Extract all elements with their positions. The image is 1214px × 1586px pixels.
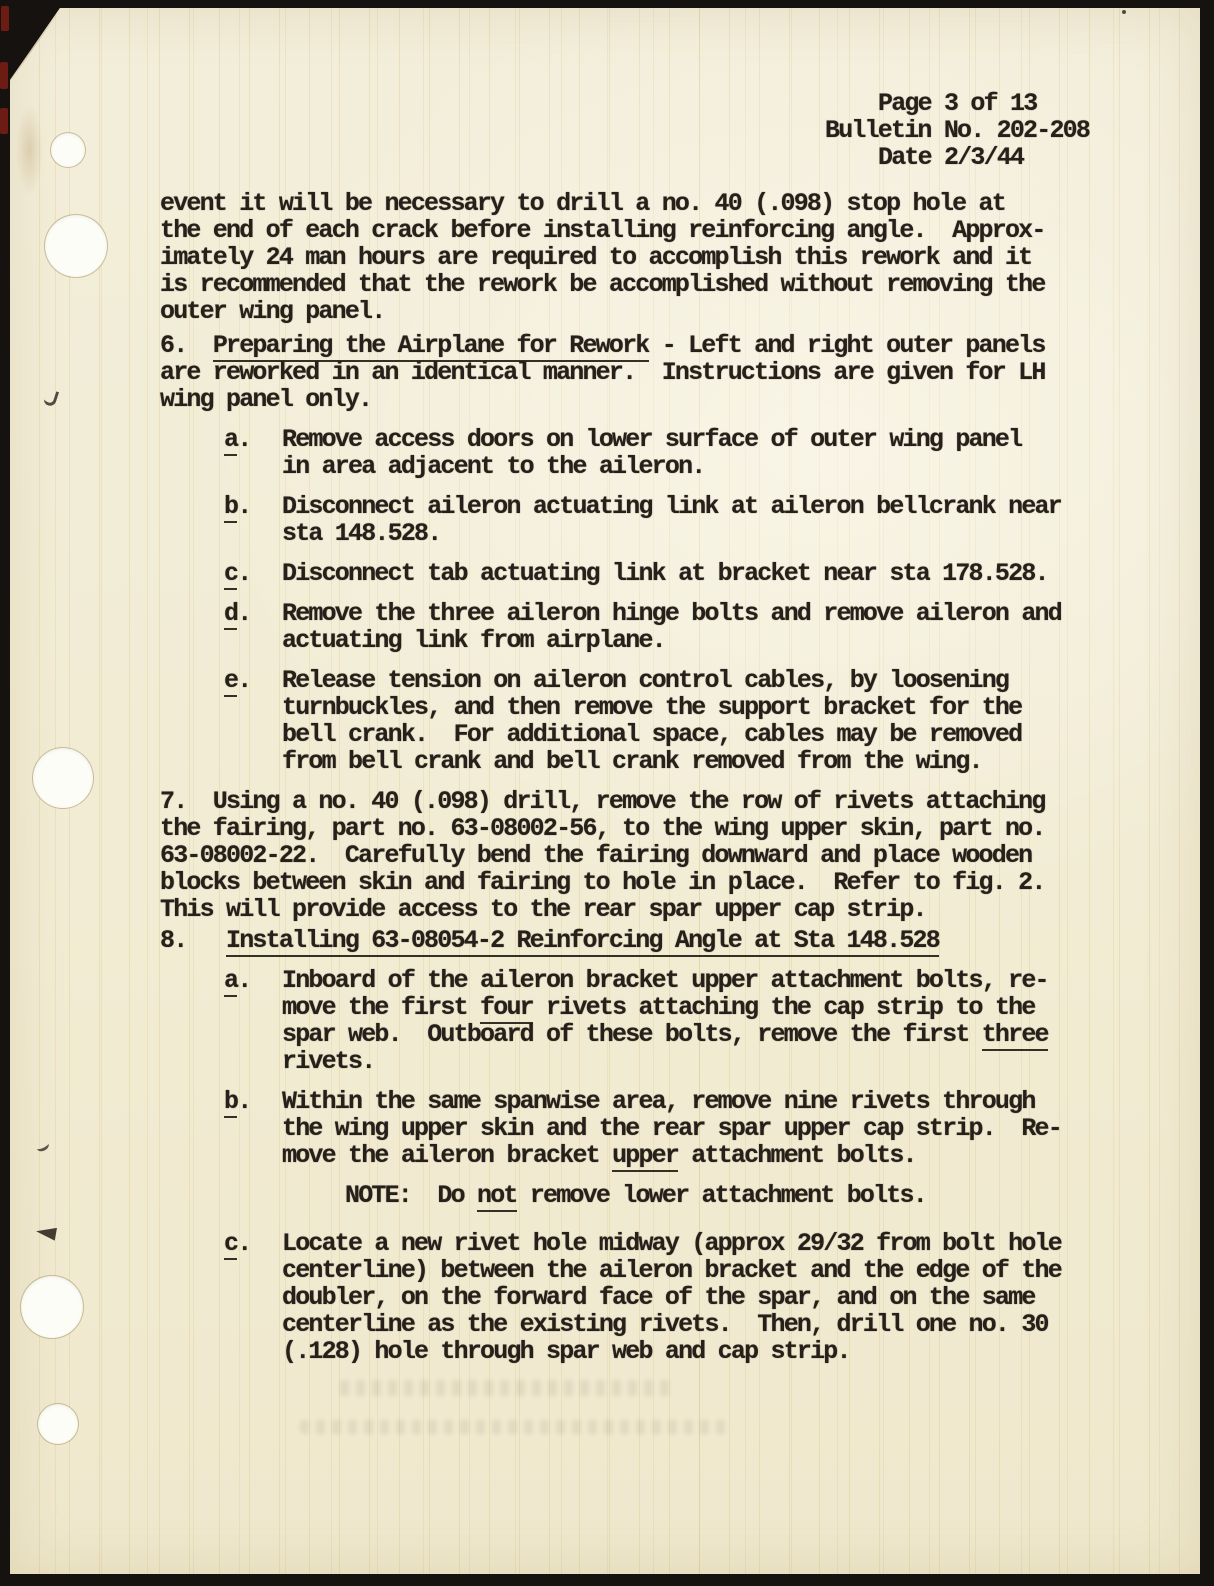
scan-background: Page 3 of 13Bulletin No. 202-208Date 2/3… [0,0,1214,1586]
text-line: (.128) hole through spar web and cap str… [282,1338,1164,1365]
text-line: d. [224,600,282,627]
text-line: event it will be necessary to drill a no… [160,190,1164,217]
text-line: the end of each crack before installing … [160,217,1164,244]
text-line: c. [224,560,282,587]
list-item-6b: b. Disconnect aileron actuating link at … [160,493,1164,547]
text-line: Date 2/3/44 [825,144,1164,171]
text-line: Release tension on aileron control cable… [282,667,1164,694]
text-line: 7. Using a no. 40 (.098) drill, remove t… [160,788,1164,815]
list-item-6e: e. Release tension on aileron control ca… [160,667,1164,775]
text-line: turnbuckles, and then remove the support… [282,694,1164,721]
item-text: Locate a new rivet hole midway (approx 2… [282,1230,1164,1365]
item-marker: b. [160,493,282,547]
text-line: a. [224,426,282,453]
text-line: bell crank. For additional space, cables… [282,721,1164,748]
list-item-6a: a. Remove access doors on lower surface … [160,426,1164,480]
document-page: Page 3 of 13Bulletin No. 202-208Date 2/3… [10,8,1200,1574]
item-marker: a. [160,967,282,1075]
text-line: the wing upper skin and the rear spar up… [282,1115,1164,1142]
text-line: Disconnect tab actuating link at bracket… [282,560,1164,587]
text-line: Page 3 of 13 [825,90,1164,117]
text-line: move the aileron bracket upper attachmen… [282,1142,1164,1169]
text-line: wing panel only. [160,386,1164,413]
text-line: c. [224,1230,282,1257]
item-text: Remove the three aileron hinge bolts and… [282,600,1164,654]
item-text: Disconnect aileron actuating link at ail… [282,493,1164,547]
text-line: rivets. [282,1048,1164,1075]
section-8-heading: 8. Installing 63-08054-2 Reinforcing Ang… [160,927,1164,954]
text-line: Remove the three aileron hinge bolts and… [282,600,1164,627]
text-line: the fairing, part no. 63-08002-56, to th… [160,815,1164,842]
text-line: outer wing panel. [160,298,1164,325]
item-marker: c. [160,560,282,587]
text-line: move the first four rivets attaching the… [282,994,1164,1021]
text-line: 63-08002-22. Carefully bend the fairing … [160,842,1164,869]
text-line: Disconnect aileron actuating link at ail… [282,493,1164,520]
text-line: is recommended that the rework be accomp… [160,271,1164,298]
text-line: e. [224,667,282,694]
item-text: Disconnect tab actuating link at bracket… [282,560,1164,587]
text-line: Bulletin No. 202-208 [825,117,1164,144]
text-line: b. [224,1088,282,1115]
text-line: Locate a new rivet hole midway (approx 2… [282,1230,1164,1257]
text-line: sta 148.528. [282,520,1164,547]
item-marker: d. [160,600,282,654]
item-text: Release tension on aileron control cable… [282,667,1164,775]
text-line: a. [224,967,282,994]
red-edge-mark [1,6,9,31]
text-line: This will provide access to the rear spa… [160,896,1164,923]
paragraph-7: 7. Using a no. 40 (.098) drill, remove t… [160,788,1164,923]
text-line: 8. Installing 63-08054-2 Reinforcing Ang… [160,927,1164,954]
list-item-6c: c. Disconnect tab actuating link at brac… [160,560,1164,587]
list-item-8c: c. Locate a new rivet hole midway (appro… [160,1230,1164,1365]
list-item-8b: b. Within the same spanwise area, remove… [160,1088,1164,1169]
typewritten-content: Page 3 of 13Bulletin No. 202-208Date 2/3… [10,8,1200,1574]
section-6-heading: 6. Preparing the Airplane for Rework - L… [160,332,1164,413]
page-header: Page 3 of 13Bulletin No. 202-208Date 2/3… [825,90,1164,171]
item-text: Within the same spanwise area, remove ni… [282,1088,1164,1169]
red-edge-mark [0,62,8,89]
text-line: centerline) between the aileron bracket … [282,1257,1164,1284]
text-line: from bell crank and bell crank removed f… [282,748,1164,775]
text-line: 6. Preparing the Airplane for Rework - L… [160,332,1164,359]
text-line: in area adjacent to the aileron. [282,453,1164,480]
text-line: Remove access doors on lower surface of … [282,426,1164,453]
text-line: actuating link from airplane. [282,627,1164,654]
list-item-8a: a. Inboard of the aileron bracket upper … [160,967,1164,1075]
text-line: Inboard of the aileron bracket upper att… [282,967,1164,994]
item-marker: c. [160,1230,282,1365]
text-line: imately 24 man hours are required to acc… [160,244,1164,271]
item-text: Inboard of the aileron bracket upper att… [282,967,1164,1075]
text-line: centerline as the existing rivets. Then,… [282,1311,1164,1338]
note-line: NOTE: Do not remove lower attachment bol… [345,1182,1164,1209]
item-marker: e. [160,667,282,775]
text-line: NOTE: Do not remove lower attachment bol… [345,1182,1164,1209]
intro-paragraph: event it will be necessary to drill a no… [160,190,1164,325]
red-edge-mark [0,108,8,134]
text-line: Within the same spanwise area, remove ni… [282,1088,1164,1115]
text-line: are reworked in an identical manner. Ins… [160,359,1164,386]
text-line: blocks between skin and fairing to hole … [160,869,1164,896]
item-marker: b. [160,1088,282,1169]
item-marker: a. [160,426,282,480]
list-item-6d: d. Remove the three aileron hinge bolts … [160,600,1164,654]
text-line: b. [224,493,282,520]
text-line: doubler, on the forward face of the spar… [282,1284,1164,1311]
item-text: Remove access doors on lower surface of … [282,426,1164,480]
text-line: spar web. Outboard of these bolts, remov… [282,1021,1164,1048]
